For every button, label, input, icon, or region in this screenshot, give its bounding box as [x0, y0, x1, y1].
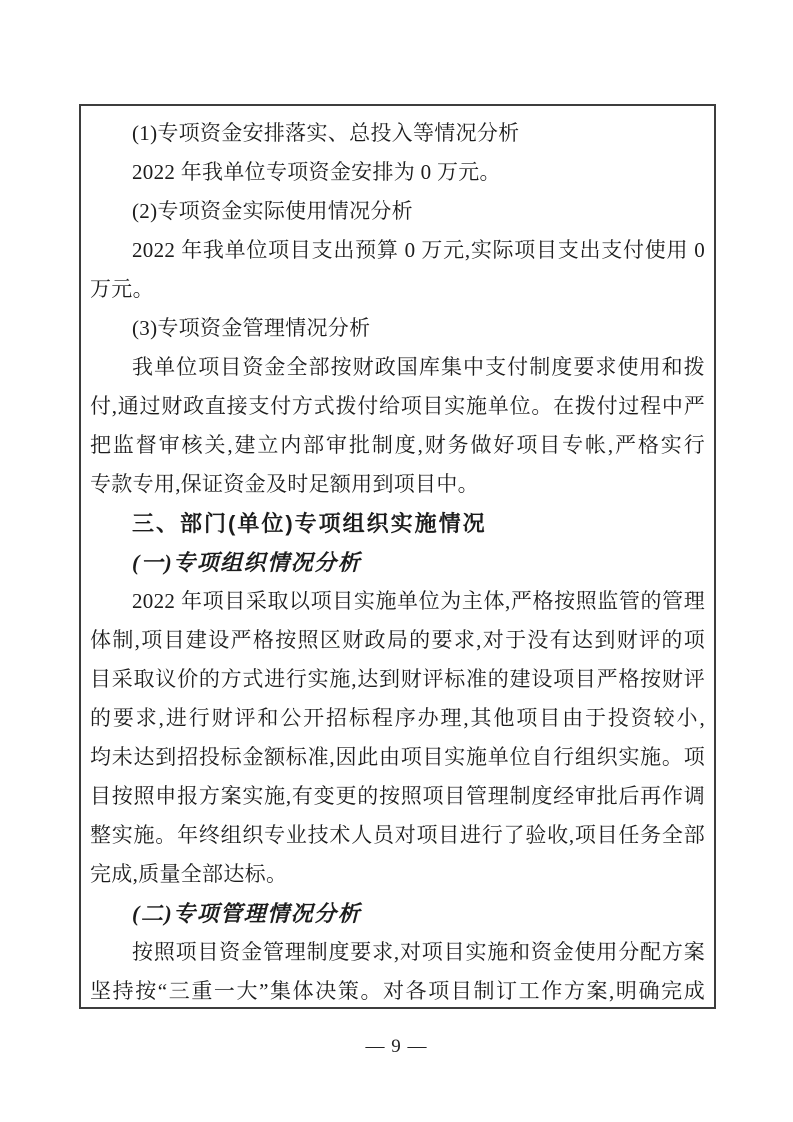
subheading-item-1: (1)专项资金安排落实、总投入等情况分析 — [90, 114, 705, 153]
text-line: 坚持按“三重一大”集体决策。对各项目制订工作方案,明确完成 — [90, 972, 705, 1011]
subheading-item-3: (3)专项资金管理情况分析 — [90, 309, 705, 348]
text-line: 我单位项目资金全部按财政国库集中支付制度要求使用和拨 — [90, 348, 705, 387]
text-line: 体制,项目建设严格按照区财政局的要求,对于没有达到财评的项 — [90, 621, 705, 660]
subsection-heading-1: (一)专项组织情况分析 — [90, 543, 705, 582]
text-line: 目采取议价的方式进行实施,达到财评标准的建设项目严格按财评 — [90, 660, 705, 699]
text-line: 2022 年我单位项目支出预算 0 万元,实际项目支出支付使用 0 — [90, 231, 705, 270]
subsection-heading-2: (二)专项管理情况分析 — [90, 894, 705, 933]
text-line: 2022 年我单位专项资金安排为 0 万元。 — [90, 153, 705, 192]
page-number: — 9 — — [0, 1034, 793, 1060]
text-line: 把监督审核关,建立内部审批制度,财务做好项目专帐,严格实行 — [90, 426, 705, 465]
text-line: 按照项目资金管理制度要求,对项目实施和资金使用分配方案 — [90, 933, 705, 972]
page-border-frame: (1)专项资金安排落实、总投入等情况分析 2022 年我单位专项资金安排为 0 … — [79, 104, 716, 1009]
section-heading: 三、部门(单位)专项组织实施情况 — [90, 504, 705, 543]
text-line: 均未达到招投标金额标准,因此由项目实施单位自行组织实施。项 — [90, 738, 705, 777]
text-line: 的要求,进行财评和公开招标程序办理,其他项目由于投资较小, — [90, 699, 705, 738]
text-line: 2022 年项目采取以项目实施单位为主体,严格按照监管的管理 — [90, 582, 705, 621]
text-line: 目按照申报方案实施,有变更的按照项目管理制度经审批后再作调 — [90, 777, 705, 816]
subheading-item-2: (2)专项资金实际使用情况分析 — [90, 192, 705, 231]
text-line: 整实施。年终组织专业技术人员对项目进行了验收,项目任务全部 — [90, 816, 705, 855]
text-line: 完成,质量全部达标。 — [90, 855, 705, 894]
text-line: 付,通过财政直接支付方式拨付给项目实施单位。在拨付过程中严 — [90, 387, 705, 426]
text-line: 专款专用,保证资金及时足额用到项目中。 — [90, 465, 705, 504]
text-line: 万元。 — [90, 270, 705, 309]
document-page: (1)专项资金安排落实、总投入等情况分析 2022 年我单位专项资金安排为 0 … — [0, 0, 793, 1122]
